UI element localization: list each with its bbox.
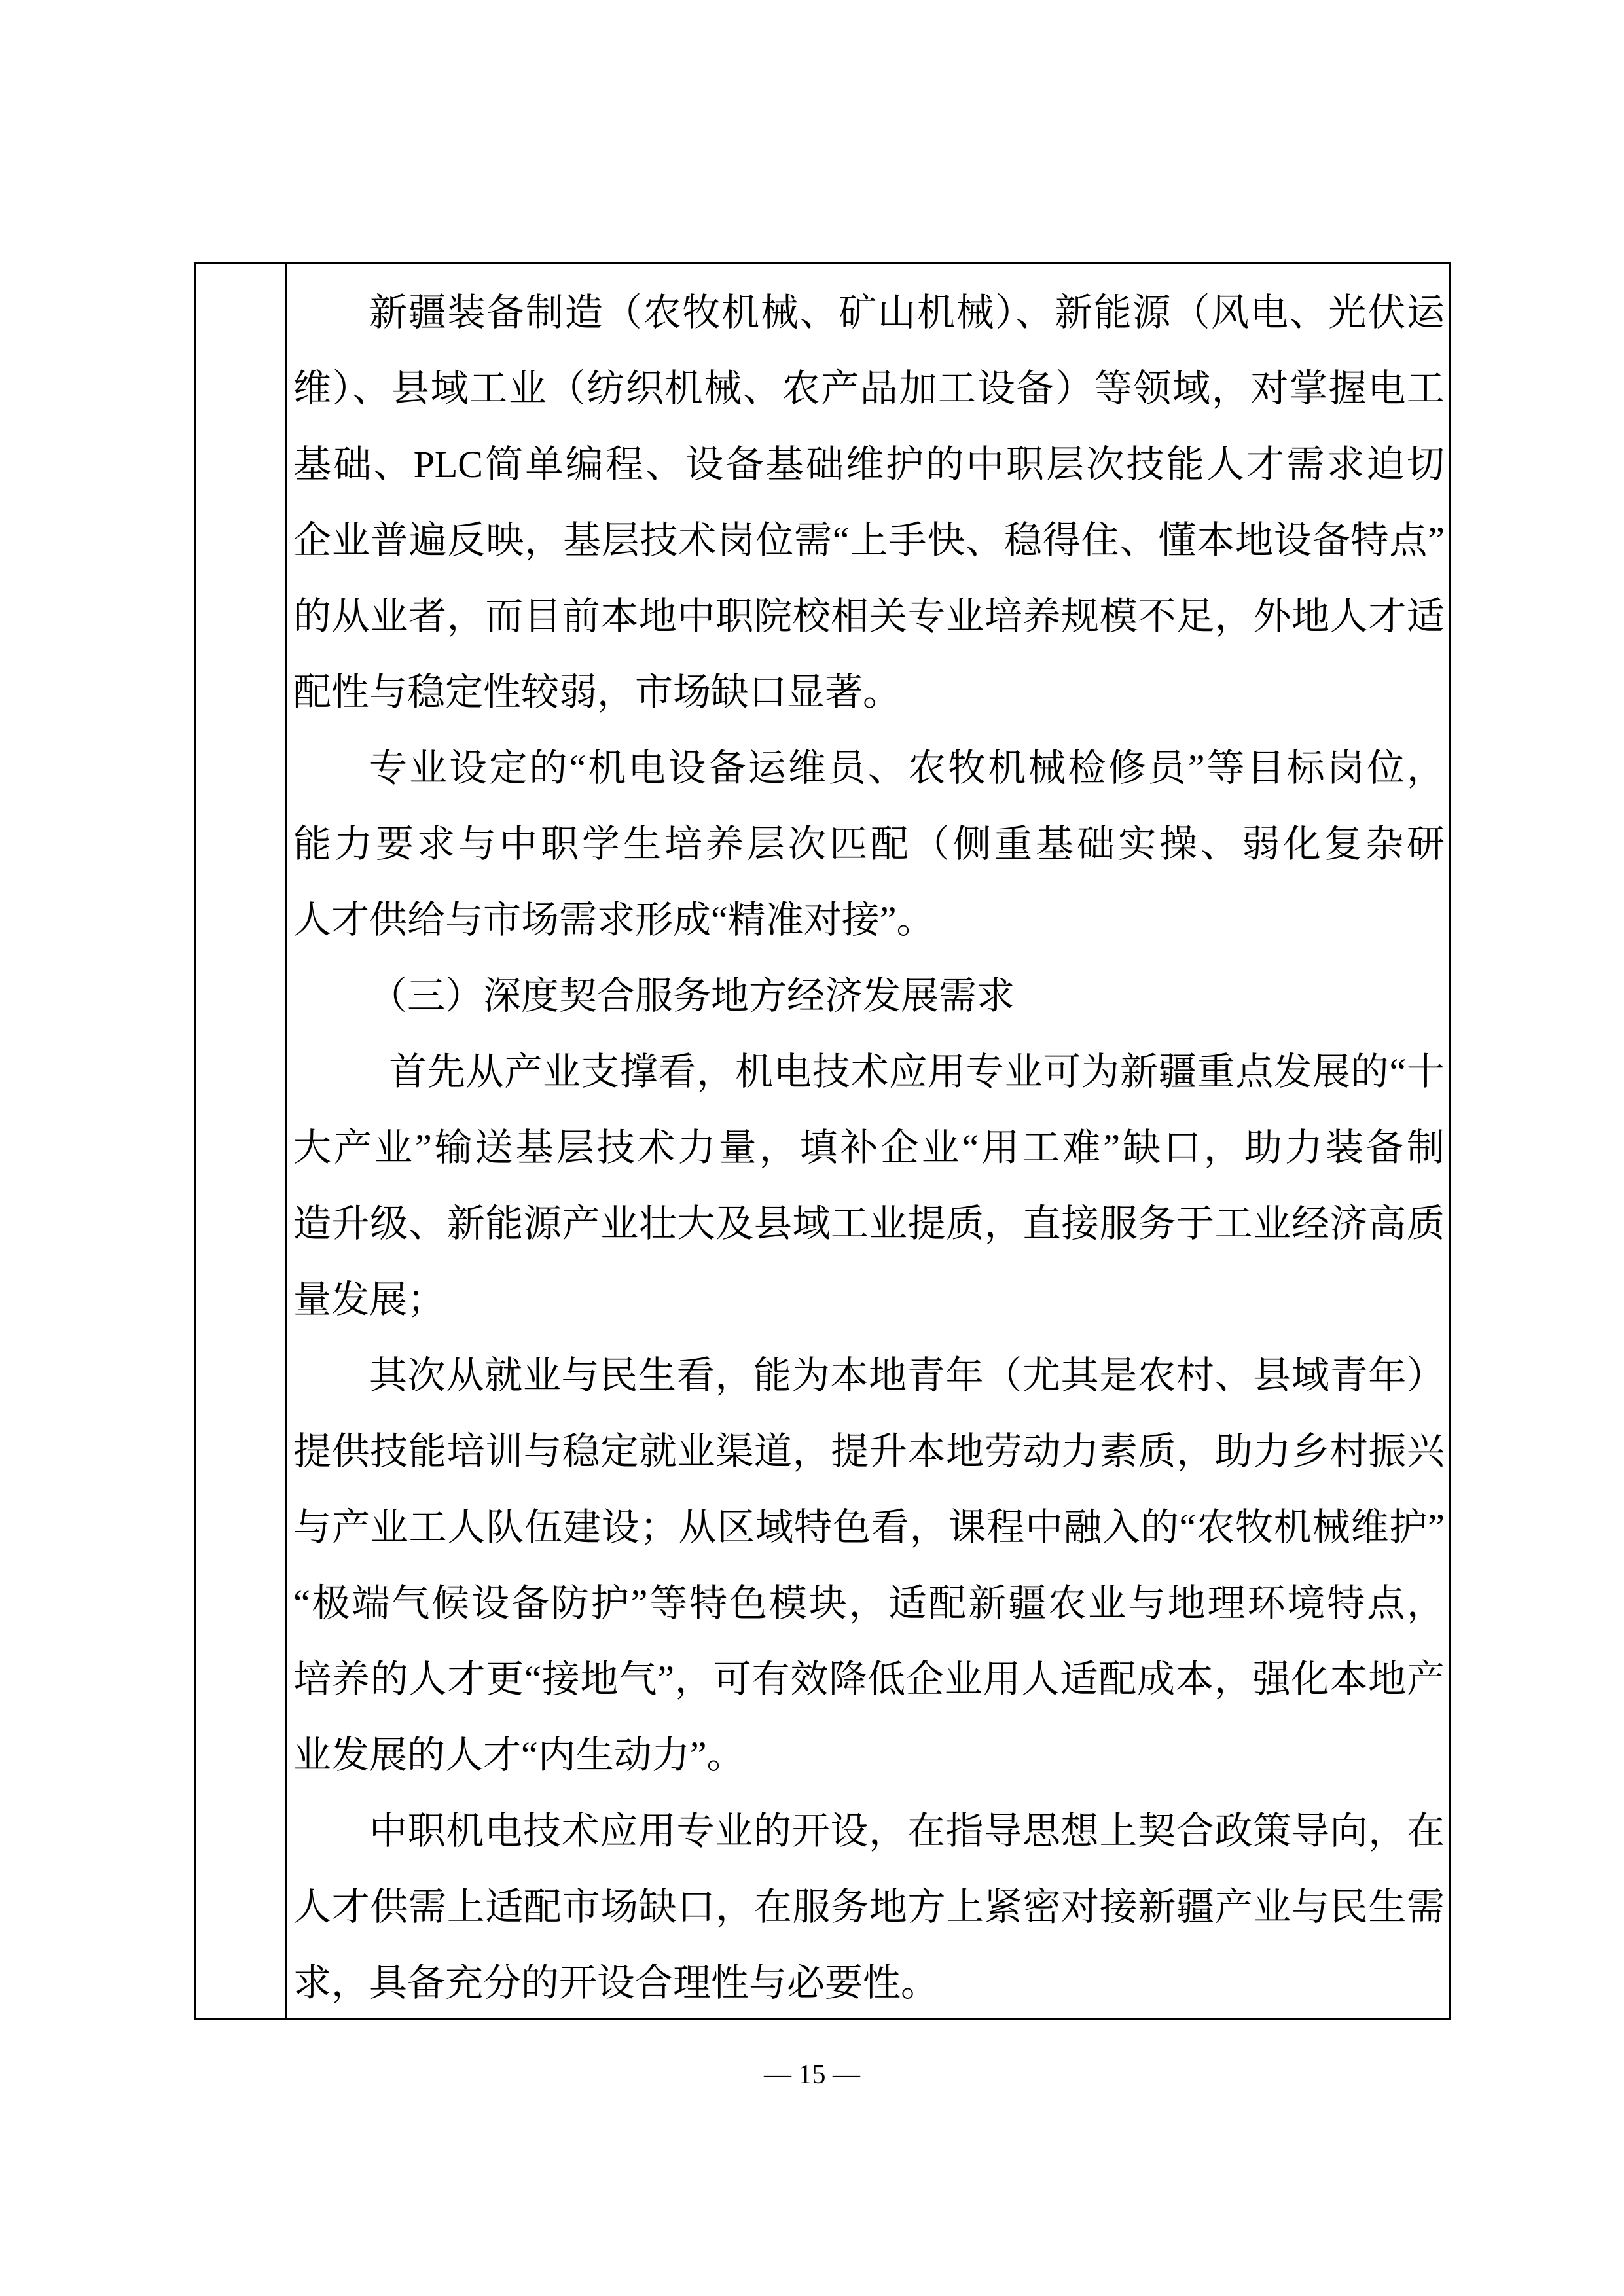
text-line: 企业普遍反映，基层技术岗位需“上手快、稳得住、懂本地设备特点” bbox=[293, 503, 1445, 579]
text-line: 基础、PLC简单编程、设备基础维护的中职层次技能人才需求迫切—— bbox=[293, 427, 1445, 503]
text-line: 的从业者，而目前本地中职院校相关专业培养规模不足，外地人才适 bbox=[293, 579, 1445, 655]
text-line: 新疆装备制造（农牧机械、矿山机械）、新能源（风电、光伏运 bbox=[293, 275, 1445, 351]
text-line: 培养的人才更“接地气”，可有效降低企业用人适配成本，强化本地产 bbox=[293, 1641, 1445, 1717]
text-line: 提供技能培训与稳定就业渠道，提升本地劳动力素质，助力乡村振兴 bbox=[293, 1414, 1445, 1490]
text-line: 人才供需上适配市场缺口，在服务地方上紧密对接新疆产业与民生需 bbox=[293, 1869, 1445, 1945]
text-line: 与产业工人队伍建设；从区域特色看，课程中融入的“农牧机械维护” bbox=[293, 1490, 1445, 1566]
section-heading-line: （三）深度契合服务地方经济发展需求 bbox=[293, 958, 1445, 1034]
text-line: “极端气候设备防护”等特色模块，适配新疆农业与地理环境特点， bbox=[293, 1566, 1445, 1641]
text-line: 造升级、新能源产业壮大及县域工业提质，直接服务于工业经济高质 bbox=[293, 1186, 1445, 1262]
text-line: 专业设定的“机电设备运维员、农牧机械检修员”等目标岗位， bbox=[293, 730, 1445, 806]
text-line: 大产业”输送基层技术力量，填补企业“用工难”缺口，助力装备制 bbox=[293, 1110, 1445, 1186]
text-line: 其次从就业与民生看，能为本地青年（尤其是农村、县域青年） bbox=[293, 1338, 1445, 1414]
text-line: 配性与稳定性较弱，市场缺口显著。 bbox=[293, 655, 1445, 730]
text-line: 人才供给与市场需求形成“精准对接”。 bbox=[293, 882, 1445, 958]
text-line: 求，具备充分的开设合理性与必要性。 bbox=[293, 1945, 1445, 2018]
page-number: — 15 — bbox=[0, 2055, 1624, 2094]
text-line: 首先从产业支撑看，机电技术应用专业可为新疆重点发展的“十 bbox=[293, 1034, 1445, 1110]
document-page: 新疆装备制造（农牧机械、矿山机械）、新能源（风电、光伏运 维）、县域工业（纺织机… bbox=[0, 0, 1624, 2296]
text-line: 维）、县域工业（纺织机械、农产品加工设备）等领域，对掌握电工 bbox=[293, 351, 1445, 427]
text-line: 业发展的人才“内生动力”。 bbox=[293, 1717, 1445, 1793]
text-line: 中职机电技术应用专业的开设，在指导思想上契合政策导向，在 bbox=[293, 1793, 1445, 1869]
table-left-cell bbox=[196, 264, 287, 2018]
table-text-cell: 新疆装备制造（农牧机械、矿山机械）、新能源（风电、光伏运 维）、县域工业（纺织机… bbox=[287, 264, 1449, 2018]
text-line: 能力要求与中职学生培养层次匹配（侧重基础实操、弱化复杂研发）， bbox=[293, 806, 1445, 882]
text-line: 量发展； bbox=[293, 1262, 1445, 1338]
content-table: 新疆装备制造（农牧机械、矿山机械）、新能源（风电、光伏运 维）、县域工业（纺织机… bbox=[194, 262, 1451, 2020]
